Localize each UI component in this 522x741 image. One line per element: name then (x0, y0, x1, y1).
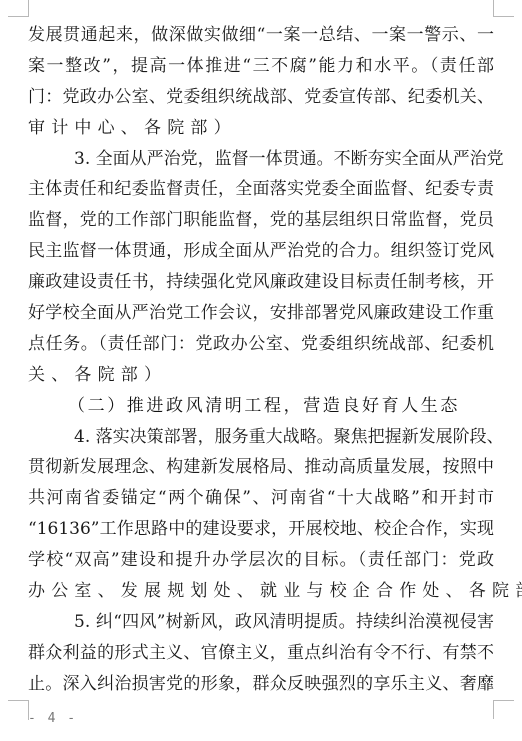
paragraph-line: 学校“双高”建设和提升办学层次的目标。（责任部门：党政 (28, 545, 494, 576)
paragraph-line: 门：党政办公室、党委组织统战部、党委宣传部、纪委机关、 (28, 82, 494, 113)
paragraph-line: 关、各院部） (28, 360, 494, 391)
document-page: 发展贯通起来，做深做实做细“一案一总结、一案一警示、一 案一整改”，提高一体推进… (0, 0, 522, 741)
paragraph-line: 案一整改”，提高一体推进“三不腐”能力和水平。（责任部 (28, 51, 494, 82)
crop-mark-bottom-left (8, 700, 29, 720)
page-number: - 4 - (28, 711, 77, 726)
paragraph-line: 群众利益的形式主义、官僚主义，重点纠治有令不行、有禁不 (28, 638, 494, 669)
crop-mark-top-right (493, 0, 514, 17)
paragraph-line: 止。深入纠治损害党的形象，群众反映强烈的享乐主义、奢靡 (28, 669, 494, 700)
paragraph-line: 发展贯通起来，做深做实做细“一案一总结、一案一警示、一 (28, 20, 494, 51)
item-5-first-line: 5. 纠“四风”树新风，政风清明提质。持续纠治漠视侵害 (28, 607, 494, 638)
section-heading: （二）推进政风清明工程，营造良好育人生态 (28, 391, 494, 422)
document-body: 发展贯通起来，做深做实做细“一案一总结、一案一警示、一 案一整改”，提高一体推进… (28, 20, 494, 700)
paragraph-line: “16136”工作思路中的建设要求，开展校地、校企合作，实现 (28, 514, 494, 545)
paragraph-line: 廉政建设责任书，持续强化党风廉政建设目标责任制考核，开 (28, 267, 494, 298)
paragraph-line: 审计中心、各院部） (28, 113, 494, 144)
item-3-first-line: 3. 全面从严治党，监督一体贯通。不断夯实全面从严治党 (28, 144, 494, 175)
paragraph-line: 监督，党的工作部门职能监督，党的基层组织日常监督，党员 (28, 205, 494, 236)
paragraph-line: 共河南省委锚定“两个确保”、河南省“十大战略”和开封市 (28, 483, 494, 514)
paragraph-line: 民主监督一体贯通，形成全面从严治党的合力。组织签订党风 (28, 236, 494, 267)
paragraph-line: 办公室、发展规划处、就业与校企合作处、各院部） (28, 576, 494, 607)
paragraph-line: 贯彻新发展理念、构建新发展格局、推动高质量发展，按照中 (28, 452, 494, 483)
crop-mark-top-left (8, 0, 29, 17)
paragraph-line: 点任务。（责任部门：党政办公室、党委组织统战部、纪委机 (28, 329, 494, 360)
paragraph-line: 主体责任和纪委监督责任，全面落实党委全面监督、纪委专责 (28, 174, 494, 205)
crop-mark-bottom-right (493, 700, 514, 719)
paragraph-line: 好学校全面从严治党工作会议，安排部署党风廉政建设工作重 (28, 298, 494, 329)
item-4-first-line: 4. 落实决策部署，服务重大战略。聚焦把握新发展阶段、 (28, 422, 494, 453)
